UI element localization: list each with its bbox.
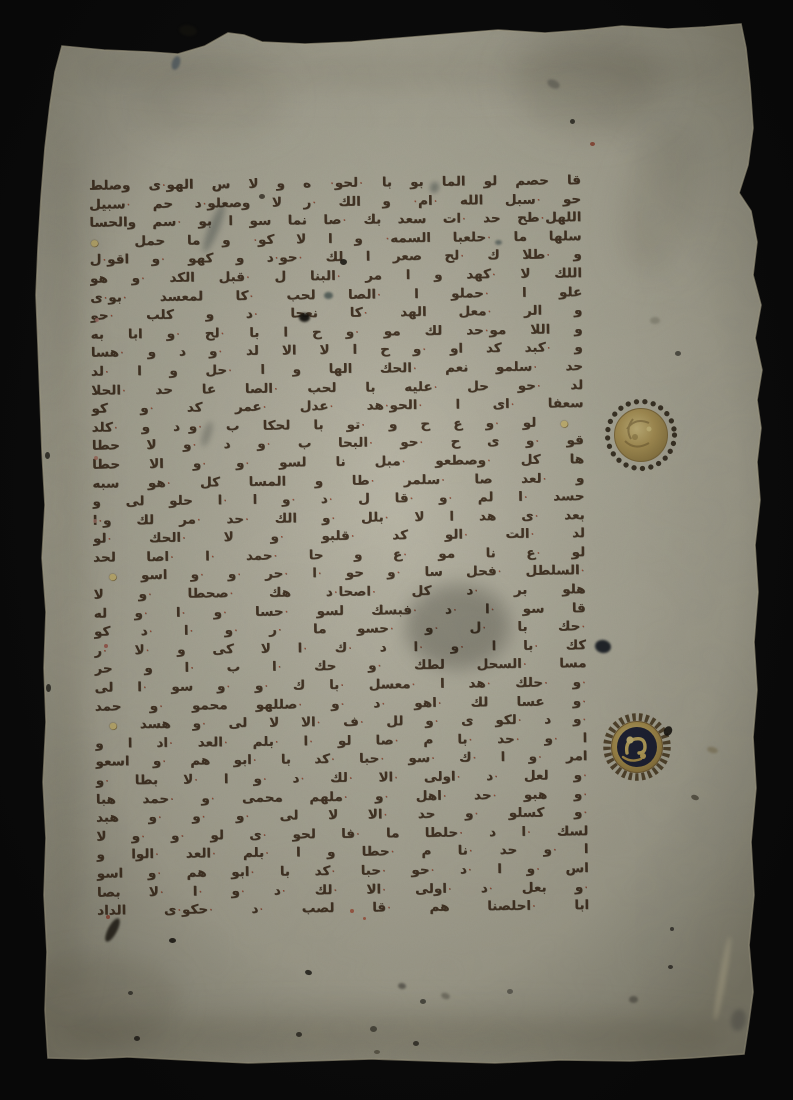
- red-vocalisation-dot: ·: [381, 696, 385, 709]
- red-vocalisation-dot: ·: [482, 621, 486, 634]
- red-vocalisation-dot: ·: [234, 624, 238, 637]
- red-vocalisation-dot: ·: [460, 249, 464, 262]
- red-vocalisation-dot: ·: [472, 751, 476, 764]
- red-vocalisation-dot: ·: [419, 640, 423, 653]
- red-vocalisation-dot: ·: [544, 676, 548, 689]
- red-vocalisation-dot: ·: [361, 418, 365, 431]
- red-vocalisation-dot: ·: [284, 605, 288, 618]
- red-vocalisation-dot: ·: [487, 454, 491, 467]
- red-vocalisation-dot: ·: [148, 588, 152, 601]
- red-vocalisation-dot: ·: [485, 286, 489, 299]
- red-vocalisation-dot: ·: [377, 287, 381, 300]
- red-vocalisation-dot: ·: [259, 902, 263, 915]
- red-vocalisation-dot: ·: [340, 678, 344, 691]
- red-vocalisation-dot: ·: [582, 713, 586, 726]
- red-vocalisation-dot: ·: [409, 492, 413, 505]
- red-vocalisation-dot: ·: [331, 864, 335, 877]
- red-vocalisation-dot: ·: [518, 714, 522, 727]
- red-vocalisation-dot: ·: [211, 550, 215, 563]
- red-vocalisation-dot: ·: [542, 472, 546, 485]
- red-vocalisation-dot: ·: [385, 510, 389, 523]
- red-vocalisation-dot: ·: [583, 787, 587, 800]
- red-vocalisation-dot: ·: [241, 884, 245, 897]
- red-vocalisation-dot: ·: [189, 624, 193, 637]
- gold-rosette-icon: ●: [94, 573, 116, 583]
- red-vocalisation-dot: ·: [280, 530, 284, 543]
- red-vocalisation-dot: ·: [433, 194, 437, 207]
- red-vocalisation-dot: ·: [533, 360, 537, 373]
- red-vocalisation-dot: ·: [584, 880, 588, 893]
- red-vocalisation-dot: ·: [161, 253, 165, 266]
- red-vocalisation-dot: ·: [329, 493, 333, 506]
- red-vocalisation-dot: ·: [273, 549, 277, 562]
- red-vocalisation-dot: ·: [534, 509, 538, 522]
- red-vocalisation-dot: ·: [197, 513, 201, 526]
- red-vocalisation-dot: ·: [162, 178, 166, 191]
- red-vocalisation-dot: ·: [390, 845, 394, 858]
- red-vocalisation-dot: ·: [581, 620, 585, 633]
- red-vocalisation-dot: ·: [492, 788, 496, 801]
- red-vocalisation-dot: ·: [348, 641, 352, 654]
- red-vocalisation-dot: ·: [474, 584, 478, 597]
- red-vocalisation-dot: ·: [229, 587, 233, 600]
- red-vocalisation-dot: ·: [434, 621, 438, 634]
- red-vocalisation-dot: ·: [413, 361, 417, 374]
- red-vocalisation-dot: ·: [464, 528, 468, 541]
- red-vocalisation-dot: ·: [370, 473, 374, 486]
- red-vocalisation-dot: ·: [170, 792, 174, 805]
- red-vocalisation-dot: ·: [224, 735, 228, 748]
- red-vocalisation-dot: ·: [105, 365, 109, 378]
- red-vocalisation-dot: ·: [524, 490, 528, 503]
- red-vocalisation-dot: ·: [453, 603, 457, 616]
- red-vocalisation-dot: ·: [177, 903, 181, 916]
- red-vocalisation-dot: ·: [331, 511, 335, 524]
- red-vocalisation-dot: ·: [223, 494, 227, 507]
- red-vocalisation-dot: ·: [372, 585, 376, 598]
- red-vocalisation-dot: ·: [167, 476, 171, 489]
- red-vocalisation-dot: ·: [536, 546, 540, 559]
- red-vocalisation-dot: ·: [394, 734, 398, 747]
- red-vocalisation-dot: ·: [443, 789, 447, 802]
- red-vocalisation-dot: ·: [266, 437, 270, 450]
- red-vocalisation-dot: ·: [330, 176, 334, 189]
- red-vocalisation-dot: ·: [456, 770, 460, 783]
- red-vocalisation-dot: ·: [431, 752, 435, 765]
- red-vocalisation-dot: ·: [333, 883, 337, 896]
- red-vocalisation-dot: ·: [532, 899, 536, 912]
- red-vocalisation-dot: ·: [401, 455, 405, 468]
- red-vocalisation-dot: ·: [435, 714, 439, 727]
- red-vocalisation-dot: ·: [169, 736, 173, 749]
- red-vocalisation-dot: ·: [387, 901, 391, 914]
- red-vocalisation-dot: ·: [212, 847, 216, 860]
- red-vocalisation-dot: ·: [554, 732, 558, 745]
- red-vocalisation-dot: ·: [120, 346, 124, 359]
- red-vocalisation-dot: ·: [176, 327, 180, 340]
- red-vocalisation-dot: ·: [434, 380, 438, 393]
- red-vocalisation-dot: ·: [356, 827, 360, 840]
- red-vocalisation-dot: ·: [369, 436, 373, 449]
- red-vocalisation-dot: ·: [448, 882, 452, 895]
- red-vocalisation-dot: ·: [582, 676, 586, 689]
- red-vocalisation-dot: ·: [103, 644, 107, 657]
- red-vocalisation-dot: ·: [201, 810, 205, 823]
- red-vocalisation-dot: ·: [159, 699, 163, 712]
- red-vocalisation-dot: ·: [349, 771, 353, 784]
- red-vocalisation-dot: ·: [245, 456, 249, 469]
- red-vocalisation-dot: ·: [334, 585, 338, 598]
- red-vocalisation-dot: ·: [394, 771, 398, 784]
- red-vocalisation-dot: ·: [390, 622, 394, 635]
- red-vocalisation-dot: ·: [298, 251, 302, 264]
- red-vocalisation-dot: ·: [190, 661, 194, 674]
- red-vocalisation-dot: ·: [150, 402, 154, 415]
- red-vocalisation-dot: ·: [540, 211, 544, 224]
- red-vocalisation-dot: ·: [162, 755, 166, 768]
- red-vocalisation-dot: ·: [344, 790, 348, 803]
- red-vocalisation-dot: ·: [246, 270, 250, 283]
- red-vocalisation-dot: ·: [277, 660, 281, 673]
- red-vocalisation-dot: ·: [538, 750, 542, 763]
- red-vocalisation-dot: ·: [492, 268, 496, 281]
- red-vocalisation-dot: ·: [329, 400, 333, 413]
- red-vocalisation-dot: ·: [583, 769, 587, 782]
- red-vocalisation-dot: ·: [237, 568, 241, 581]
- red-vocalisation-dot: ·: [382, 864, 386, 877]
- red-vocalisation-dot: ·: [487, 677, 491, 690]
- red-vocalisation-dot: ·: [494, 770, 498, 783]
- red-vocalisation-dot: ·: [523, 658, 527, 671]
- red-vocalisation-dot: ·: [351, 529, 355, 542]
- red-vocalisation-dot: ·: [396, 566, 400, 579]
- red-vocalisation-dot: ·: [145, 643, 149, 656]
- kufic-text-block: قا حصم لو الما بو با ·لحو· ه و لا س الهو…: [89, 171, 589, 920]
- red-vocalisation-dot: ·: [149, 625, 153, 638]
- red-vocalisation-dot: ·: [469, 844, 473, 857]
- red-vocalisation-dot: ·: [487, 305, 491, 318]
- red-vocalisation-dot: ·: [537, 379, 541, 392]
- red-vocalisation-dot: ·: [441, 473, 445, 486]
- red-vocalisation-dot: ·: [157, 866, 161, 879]
- red-vocalisation-dot: ·: [274, 382, 278, 395]
- red-vocalisation-dot: ·: [262, 828, 266, 841]
- red-vocalisation-dot: ·: [516, 732, 520, 745]
- red-vocalisation-dot: ·: [312, 195, 316, 208]
- red-vocalisation-dot: ·: [209, 903, 213, 916]
- red-vocalisation-dot: ·: [462, 212, 466, 225]
- red-vocalisation-dot: ·: [170, 550, 174, 563]
- red-vocalisation-dot: ·: [223, 605, 227, 618]
- red-vocalisation-dot: ·: [202, 196, 206, 209]
- red-vocalisation-dot: ·: [418, 399, 422, 412]
- red-vocalisation-dot: ·: [160, 885, 164, 898]
- red-vocalisation-dot: ·: [537, 193, 541, 206]
- red-vocalisation-dot: ·: [141, 829, 145, 842]
- red-vocalisation-dot: ·: [411, 678, 415, 691]
- red-vocalisation-dot: ·: [211, 791, 215, 804]
- red-vocalisation-dot: ·: [438, 696, 442, 709]
- red-vocalisation-dot: ·: [158, 811, 162, 824]
- red-vocalisation-dot: ·: [275, 251, 279, 264]
- red-vocalisation-dot: ·: [220, 326, 224, 339]
- red-vocalisation-dot: ·: [413, 194, 417, 207]
- red-vocalisation-dot: ·: [143, 681, 147, 694]
- red-vocalisation-dot: ·: [249, 289, 253, 302]
- red-vocalisation-dot: ·: [263, 772, 267, 785]
- red-vocalisation-dot: ·: [192, 438, 196, 451]
- red-vocalisation-dot: ·: [182, 531, 186, 544]
- red-vocalisation-dot: ·: [114, 421, 118, 434]
- gold-rosette-icon: ●: [96, 722, 117, 732]
- red-vocalisation-dot: ·: [413, 603, 417, 616]
- red-vocalisation-dot: ·: [180, 829, 184, 842]
- red-vocalisation-dot: ·: [226, 680, 230, 693]
- red-vocalisation-dot: ·: [194, 773, 198, 786]
- red-vocalisation-dot: ·: [123, 290, 127, 303]
- red-vocalisation-dot: ·: [511, 397, 515, 410]
- red-vocalisation-dot: ·: [284, 567, 288, 580]
- red-vocalisation-dot: ·: [487, 230, 491, 243]
- red-vocalisation-dot: ·: [527, 825, 531, 838]
- red-vocalisation-dot: ·: [263, 400, 267, 413]
- red-vocalisation-dot: ·: [177, 215, 181, 228]
- red-vocalisation-dot: ·: [291, 493, 295, 506]
- red-vocalisation-dot: ·: [491, 602, 495, 615]
- red-vocalisation-dot: ·: [300, 772, 304, 785]
- red-vocalisation-dot: ·: [359, 176, 363, 189]
- red-vocalisation-dot: ·: [278, 623, 282, 636]
- red-vocalisation-dot: ·: [383, 808, 387, 821]
- red-vocalisation-dot: ·: [181, 606, 185, 619]
- red-vocalisation-dot: ·: [489, 881, 493, 894]
- red-vocalisation-dot: ·: [547, 341, 551, 354]
- red-vocalisation-dot: ·: [581, 564, 585, 577]
- red-vocalisation-dot: ·: [331, 753, 335, 766]
- red-vocalisation-dot: ·: [553, 843, 557, 856]
- red-vocalisation-dot: ·: [264, 679, 268, 692]
- gold-rosette-icon: ●: [560, 419, 582, 429]
- red-vocalisation-dot: ·: [448, 491, 452, 504]
- red-vocalisation-dot: ·: [380, 752, 384, 765]
- red-vocalisation-dot: ·: [385, 232, 389, 245]
- red-vocalisation-dot: ·: [218, 345, 222, 358]
- red-vocalisation-dot: ·: [105, 774, 109, 787]
- red-vocalisation-dot: ·: [419, 436, 423, 449]
- red-vocalisation-dot: ·: [468, 863, 472, 876]
- red-vocalisation-dot: ·: [377, 659, 381, 672]
- red-vocalisation-dot: ·: [198, 885, 202, 898]
- red-vocalisation-dot: ·: [430, 863, 434, 876]
- red-vocalisation-dot: ·: [535, 434, 539, 447]
- red-vocalisation-dot: ·: [110, 309, 114, 322]
- red-vocalisation-dot: ·: [265, 847, 269, 860]
- red-vocalisation-dot: ·: [144, 606, 148, 619]
- red-vocalisation-dot: ·: [245, 810, 249, 823]
- red-vocalisation-dot: ·: [495, 416, 499, 429]
- red-vocalisation-dot: ·: [198, 420, 202, 433]
- red-vocalisation-dot: ·: [298, 697, 302, 710]
- red-vocalisation-dot: ·: [250, 865, 254, 878]
- red-vocalisation-dot: ·: [245, 512, 249, 525]
- red-vocalisation-dot: ·: [583, 806, 587, 819]
- red-vocalisation-dot: ·: [141, 272, 145, 285]
- red-vocalisation-dot: ·: [318, 567, 322, 580]
- red-vocalisation-dot: ·: [474, 807, 478, 820]
- red-vocalisation-dot: ·: [382, 882, 386, 895]
- red-vocalisation-dot: ·: [385, 399, 389, 412]
- photo-backdrop: قا حصم لو الما بو با ·لحو· ه و لا س الهو…: [0, 0, 793, 1100]
- red-vocalisation-dot: ·: [364, 306, 368, 319]
- red-vocalisation-dot: ·: [422, 343, 426, 356]
- red-vocalisation-dot: ·: [275, 735, 279, 748]
- red-vocalisation-dot: ·: [459, 826, 463, 839]
- red-vocalisation-dot: ·: [98, 514, 102, 527]
- red-vocalisation-dot: ·: [546, 248, 550, 261]
- red-vocalisation-dot: ·: [254, 307, 258, 320]
- red-vocalisation-dot: ·: [155, 848, 159, 861]
- red-vocalisation-dot: ·: [340, 697, 344, 710]
- red-vocalisation-dot: ·: [107, 532, 111, 545]
- red-vocalisation-dot: ·: [468, 733, 472, 746]
- red-vocalisation-dot: ·: [342, 213, 346, 226]
- red-vocalisation-dot: ·: [536, 862, 540, 875]
- red-vocalisation-dot: ·: [355, 325, 359, 338]
- red-vocalisation-dot: ·: [122, 383, 126, 396]
- red-vocalisation-dot: ·: [102, 253, 106, 266]
- red-vocalisation-dot: ·: [282, 884, 286, 897]
- red-vocalisation-dot: ·: [202, 717, 206, 730]
- red-vocalisation-dot: ·: [317, 716, 321, 729]
- red-vocalisation-dot: ·: [228, 364, 232, 377]
- red-vocalisation-dot: ·: [403, 547, 407, 560]
- red-vocalisation-dot: ·: [103, 291, 107, 304]
- red-vocalisation-dot: ·: [384, 789, 388, 802]
- red-vocalisation-dot: ·: [582, 694, 586, 707]
- red-vocalisation-dot: ·: [309, 734, 313, 747]
- red-vocalisation-dot: ·: [460, 640, 464, 653]
- red-vocalisation-dot: ·: [202, 457, 206, 470]
- red-vocalisation-dot: ·: [498, 565, 502, 578]
- red-vocalisation-dot: ·: [534, 639, 538, 652]
- gold-rosette-icon: ●: [90, 239, 111, 249]
- red-vocalisation-dot: ·: [530, 527, 534, 540]
- red-vocalisation-dot: ·: [360, 715, 364, 728]
- red-vocalisation-dot: ·: [253, 233, 257, 246]
- red-vocalisation-dot: ·: [126, 197, 130, 210]
- red-vocalisation-dot: ·: [303, 642, 307, 655]
- red-vocalisation-dot: ·: [200, 568, 204, 581]
- red-vocalisation-dot: ·: [253, 754, 257, 767]
- red-vocalisation-dot: ·: [337, 269, 341, 282]
- red-vocalisation-dot: ·: [485, 323, 489, 336]
